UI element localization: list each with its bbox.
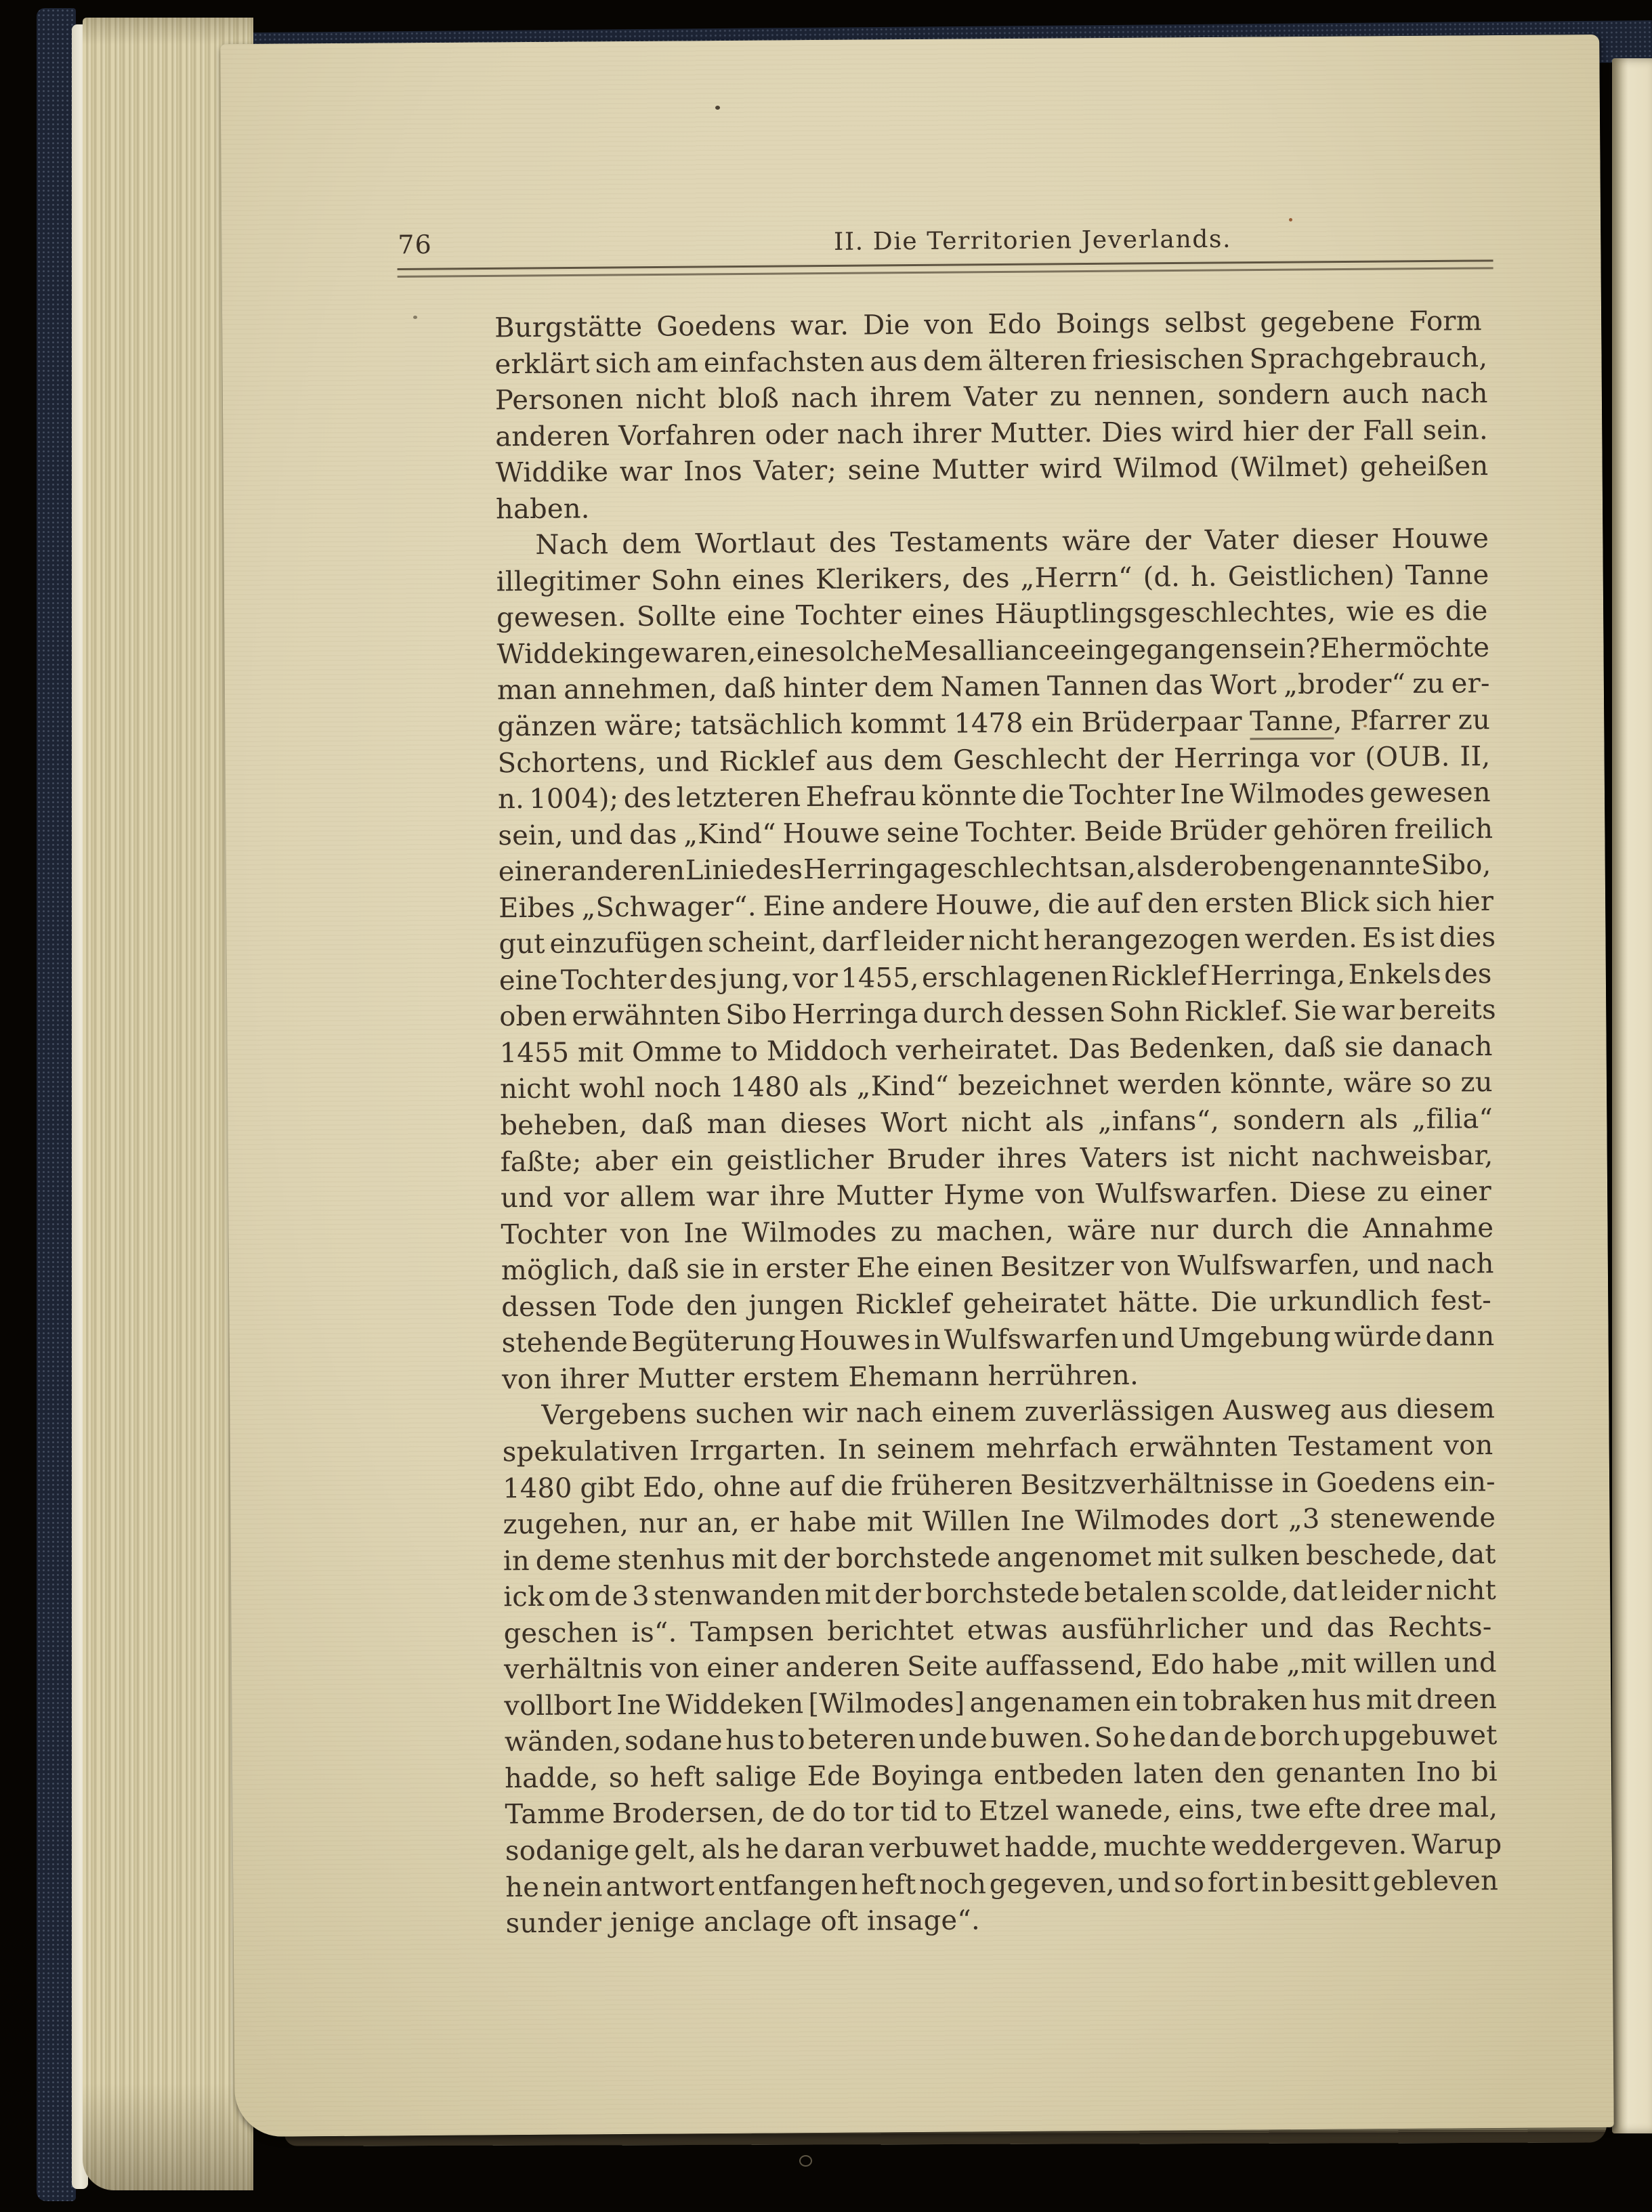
- text-line: gänzen wäre; tatsächlich kommt 1478 ein …: [497, 702, 1490, 746]
- text-line-content: Tamme Brodersen, de do tor tid to Etzel …: [505, 1792, 1498, 1830]
- text-line-content: illegitimer Sohn eines Klerikers, des „H…: [496, 559, 1489, 597]
- text-body: Burgstätte Goedens war. Die von Edo Boin…: [494, 303, 1499, 1942]
- text-line-content: zugehen, nur an, er habe mit Willen Ine …: [503, 1502, 1496, 1540]
- text-line-content: wänden, sodane hus to beteren unde buwen…: [505, 1720, 1498, 1758]
- text-line: beheben, daß man dieses Wort nicht als „…: [500, 1101, 1493, 1145]
- text-line-content: geschen is“. Tampsen berichtet etwas aus…: [503, 1611, 1491, 1649]
- text-line: Burgstätte Goedens war. Die von Edo Boin…: [494, 303, 1487, 347]
- text-line-content: gänzen wäre; tatsächlich kommt 1478 ein …: [497, 704, 1490, 742]
- book-cover-binding-spine: [37, 8, 76, 2201]
- text-line-content: gut einzufügen scheint, darf leider nich…: [499, 922, 1496, 960]
- text-line-content: man annehmen, daß hinter dem Namen Tanne…: [497, 668, 1490, 706]
- text-line: zugehen, nur an, er habe mit Willen Ine …: [503, 1500, 1496, 1544]
- text-line-content: 1455 mit Omme to Middoch verheiratet. Da…: [499, 1031, 1492, 1069]
- text-line-content: möglich, daß sie in erster Ehe einen Bes…: [501, 1248, 1494, 1286]
- text-line-content: und vor allem war ihre Mutter Hyme von W…: [501, 1176, 1491, 1214]
- text-line-content: von ihrer Mutter erstem Ehemann herrühre…: [502, 1360, 1139, 1396]
- text-line-content: erklärt sich am einfachsten aus dem älte…: [494, 342, 1487, 380]
- text-line-content: haben.: [496, 493, 590, 525]
- text-line-content: Schortens, und Ricklef aus dem Geschlech…: [498, 741, 1491, 779]
- text-line-content: dessen Tode den jungen Ricklef geheirate…: [501, 1285, 1491, 1323]
- text-line-content: einer anderen Linie des Herringageschlec…: [499, 849, 1491, 887]
- text-line-content: Eibes „Schwager“. Eine andere Houwe, die…: [499, 886, 1494, 924]
- foxing-speck: [715, 106, 720, 110]
- text-line-content: vollbort Ine Widdeken [Wilmodes] angenam…: [504, 1684, 1497, 1722]
- text-line-content: he nein antwort entfangen heft noch gege…: [505, 1865, 1498, 1903]
- text-line-content: beheben, daß man dieses Wort nicht als „…: [500, 1103, 1493, 1141]
- text-line: einer anderen Linie des Herringageschlec…: [499, 847, 1491, 891]
- text-line: und vor allem war ihre Mutter Hyme von W…: [501, 1174, 1494, 1217]
- text-line: sodanige gelt, als he daran verbuwet had…: [505, 1827, 1498, 1870]
- page-header: 76 II. Die Territorien Jeverlands.: [398, 217, 1492, 268]
- text-line: spekulativen Irrgarten. In seinem mehrfa…: [503, 1428, 1496, 1471]
- facing-page-edge: [1612, 58, 1652, 2133]
- text-line-content: faßte; aber ein geistlicher Bruder ihres…: [501, 1140, 1494, 1178]
- text-line-content: ick om de 3 stenwanden mit der borchsted…: [503, 1575, 1496, 1613]
- text-line-content: Tochter von Ine Wilmodes zu machen, wäre…: [501, 1212, 1494, 1250]
- foxing-speck: [413, 316, 417, 319]
- foxing-speck: [1363, 725, 1367, 727]
- running-title: II. Die Territorien Jeverlands.: [834, 226, 1231, 256]
- text-line-content: sunder jenige anclage oft insage“.: [505, 1905, 980, 1939]
- text-line-content: 1480 gibt Edo, ohne auf die früheren Bes…: [503, 1466, 1496, 1504]
- text-line-content: sodanige gelt, als he daran verbuwet had…: [505, 1829, 1502, 1867]
- book-page: 76 II. Die Territorien Jeverlands. Burgs…: [220, 35, 1614, 2137]
- text-line: sunder jenige anclage oft insage“.: [505, 1899, 1498, 1942]
- text-line-content: verhältnis von einer anderen Seite auffa…: [504, 1647, 1497, 1685]
- text-line: gut einzufügen scheint, darf leider nich…: [499, 920, 1491, 963]
- text-line-content: Widdekinge waren, eine solche Mesallianc…: [496, 632, 1489, 670]
- text-line-content: nicht wohl noch 1480 als „Kind“ bezeichn…: [500, 1067, 1493, 1105]
- foxing-speck: [1289, 218, 1292, 221]
- text-line-content: sein, und das „Kind“ Houwe seine Tochter…: [498, 813, 1493, 851]
- text-line: Widdike war Inos Vater; seine Mutter wir…: [495, 448, 1488, 492]
- book-photo-scene: 76 II. Die Territorien Jeverlands. Burgs…: [0, 0, 1652, 2212]
- text-line-content: Nach dem Wortlaut des Testaments wäre de…: [535, 523, 1489, 561]
- text-line: möglich, daß sie in erster Ehe einen Bes…: [501, 1246, 1494, 1290]
- text-line-content: Vergebens suchen wir nach einem zuverläs…: [541, 1393, 1495, 1431]
- text-line: ick om de 3 stenwanden mit der borchsted…: [503, 1573, 1496, 1616]
- page-number: 76: [398, 230, 432, 259]
- text-line-content: gewesen. Sollte eine Tochter eines Häupt…: [496, 595, 1488, 633]
- text-line-content: hadde, so heft salige Ede Boyinga entbed…: [505, 1756, 1498, 1794]
- text-line: n. 1004); des letzteren Ehefrau könnte d…: [498, 775, 1491, 818]
- text-line: Personen nicht bloß nach ihrem Vater zu …: [495, 376, 1488, 419]
- text-line-content: Personen nicht bloß nach ihrem Vater zu …: [495, 378, 1488, 416]
- text-line-content: stehende Begüterung Houwes in Wulfswarfe…: [501, 1321, 1494, 1359]
- text-line-content: Widdike war Inos Vater; seine Mutter wir…: [496, 450, 1489, 488]
- foxing-speck: [799, 2155, 812, 2167]
- text-line: stehende Begüterung Houwes in Wulfswarfe…: [501, 1319, 1494, 1362]
- text-line: Nach dem Wortlaut des Testaments wäre de…: [496, 521, 1489, 564]
- text-line-content: oben erwähnten Sibo Herringa durch desse…: [499, 994, 1496, 1032]
- text-line: verhältnis von einer anderen Seite auffa…: [504, 1645, 1497, 1688]
- text-line-content: Burgstätte Goedens war. Die von Edo Boin…: [494, 305, 1482, 343]
- text-line-content: in deme stenhus mit der borchstede angen…: [503, 1539, 1496, 1577]
- text-line-content: anderen Vorfahren oder nach ihrer Mutter…: [495, 414, 1488, 452]
- text-line-content: spekulativen Irrgarten. In seinem mehrfa…: [503, 1430, 1494, 1468]
- text-line: he nein antwort entfangen heft noch gege…: [505, 1863, 1498, 1907]
- text-line-content: n. 1004); des letzteren Ehefrau könnte d…: [498, 777, 1491, 815]
- text-line-content: eine Tochter des jung, vor 1455, erschla…: [499, 958, 1492, 996]
